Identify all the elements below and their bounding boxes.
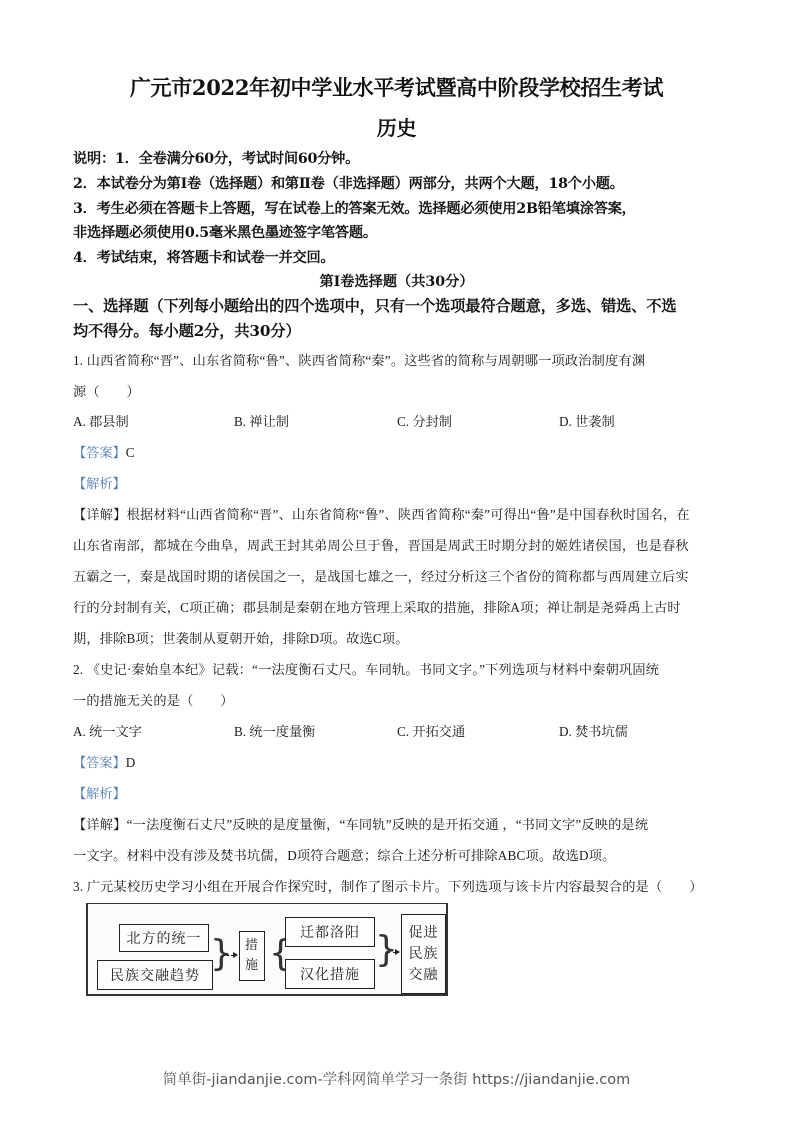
measures-char: 施 [245,956,259,976]
question-stem: 一的措施无关的是（ ） [73,690,234,709]
option-b: B. 统一度量衡 [234,721,315,740]
option-d: D. 焚书坑儒 [559,721,628,740]
instruction-line: 3．考生必须在答题卡上答题，写在试卷上的答案无效。选择题必须使用2B铅笔填涂答案… [73,198,636,218]
option-a: A. 郡县制 [73,411,129,430]
brace-icon: } [210,936,233,972]
instruction-line: 说明：1．全卷满分60分，考试时间60分钟。 [73,148,359,168]
measures-char: 措 [245,936,259,956]
analysis-label: 【解析】 [73,473,126,492]
question-stem: 1. 山西省简称“晋”、山东省简称“鲁”、陕西省简称“秦”。这些省的简称与周朝哪… [73,350,645,369]
question-stem: 2. 《史记·秦始皇本纪》记载：“一法度衡石丈尺。车同轨。书同文字。”下列选项与… [73,659,659,678]
answer-label: 【答案】 [73,755,126,770]
detail-line: 期，排除B项；世袭制从夏朝开始，排除D项。故选C项。 [73,628,409,647]
section-title: 第Ⅰ卷选择题（共30分） [0,271,793,291]
question-stem: 源（ ） [73,381,140,400]
diagram-box-measures: 措 施 [239,931,265,981]
section-heading: 一、选择题（下列每小题给出的四个选项中，只有一个选项最符合题意，多选、错选、不选 [73,295,677,316]
answer-row: 【答案】D [73,752,135,771]
diagram-box-move-capital: 迁都洛阳 [285,917,375,947]
instruction-line: 非选择题必须使用0.5毫米黑色墨迹签字笔答题。 [73,222,377,242]
option-d: D. 世袭制 [559,411,615,430]
detail-line: 五霸之一，秦是战国时期的诸侯国之一，是战国七雄之一，经过分析这三个省份的简称都与… [73,566,689,585]
detail-text: “一法度衡石丈尺”反映的是度量衡，“车同轨”反映的是开拓交通 ，“书同文字”反映… [127,817,649,832]
answer-value: D [126,755,136,770]
subject-title: 历史 [0,112,793,141]
detail-label: 【详解】 [73,507,127,522]
option-a: A. 统一文字 [73,721,142,740]
result-line: 促进 [409,923,439,944]
option-c: C. 开拓交通 [397,721,465,740]
arrowhead-icon [395,949,400,955]
detail-text: 根据材料“山西省简称“晋”、山东省简称“鲁”、陕西省简称“秦”可得出“鲁”是中国… [127,507,690,522]
result-line: 交融 [409,965,439,986]
diagram-box-north-unification: 北方的统一 [119,924,209,952]
detail-line: 【详解】根据材料“山西省简称“晋”、山东省简称“鲁”、陕西省简称“秦”可得出“鲁… [73,504,690,523]
instruction-line: 2．本试卷分为第Ⅰ卷（选择题）和第Ⅱ卷（非选择题）两部分，共两个大题，18个小题… [73,173,624,193]
answer-row: 【答案】C [73,442,135,461]
detail-line: 行的分封制有关，C项正确；郡县制是秦朝在地方管理上采取的措施，排除A项；禅让制是… [73,597,681,616]
detail-label: 【详解】 [73,817,127,832]
detail-line: 山东省南部，都城在今曲阜，周武王封其弟周公旦于鲁，晋国是周武王时期分封的姬姓诸侯… [73,535,689,554]
detail-line: 【详解】“一法度衡石丈尺”反映的是度量衡，“车同轨”反映的是开拓交通 ，“书同文… [73,814,648,833]
option-b: B. 禅让制 [234,411,289,430]
footer-watermark: 简单街-jiandanjie.com-学科网简单学习一条街 https://ji… [0,1068,793,1089]
answer-label: 【答案】 [73,445,126,460]
diagram-box-sinicization: 汉化措施 [285,959,375,989]
detail-line: 一文字。材料中没有涉及焚书坑儒，D项符合题意；综合上述分析可排除ABC项。故选D… [73,845,616,864]
instruction-line: 4．考试结束，将答题卡和试卷一并交回。 [73,247,334,267]
exam-title: 广元市2022年初中学业水平考试暨高中阶段学校招生考试 [0,72,793,102]
arrowhead-icon [233,952,238,958]
diagram-box-ethnic-trend: 民族交融趋势 [97,960,213,990]
section-heading: 均不得分。每小题2分，共30分） [73,320,301,341]
analysis-label: 【解析】 [73,783,126,802]
diagram-card: 北方的统一 民族交融趋势 } 措 施 { 迁都洛阳 汉化措施 } 促进 民族 交… [86,903,448,996]
diagram-box-promote-fusion: 促进 民族 交融 [401,914,446,994]
answer-value: C [126,445,135,460]
question-stem: 3. 广元某校历史学习小组在开展合作探究时，制作了图示卡片。下列选项与该卡片内容… [73,876,703,895]
result-line: 民族 [409,944,439,965]
option-c: C. 分封制 [397,411,452,430]
